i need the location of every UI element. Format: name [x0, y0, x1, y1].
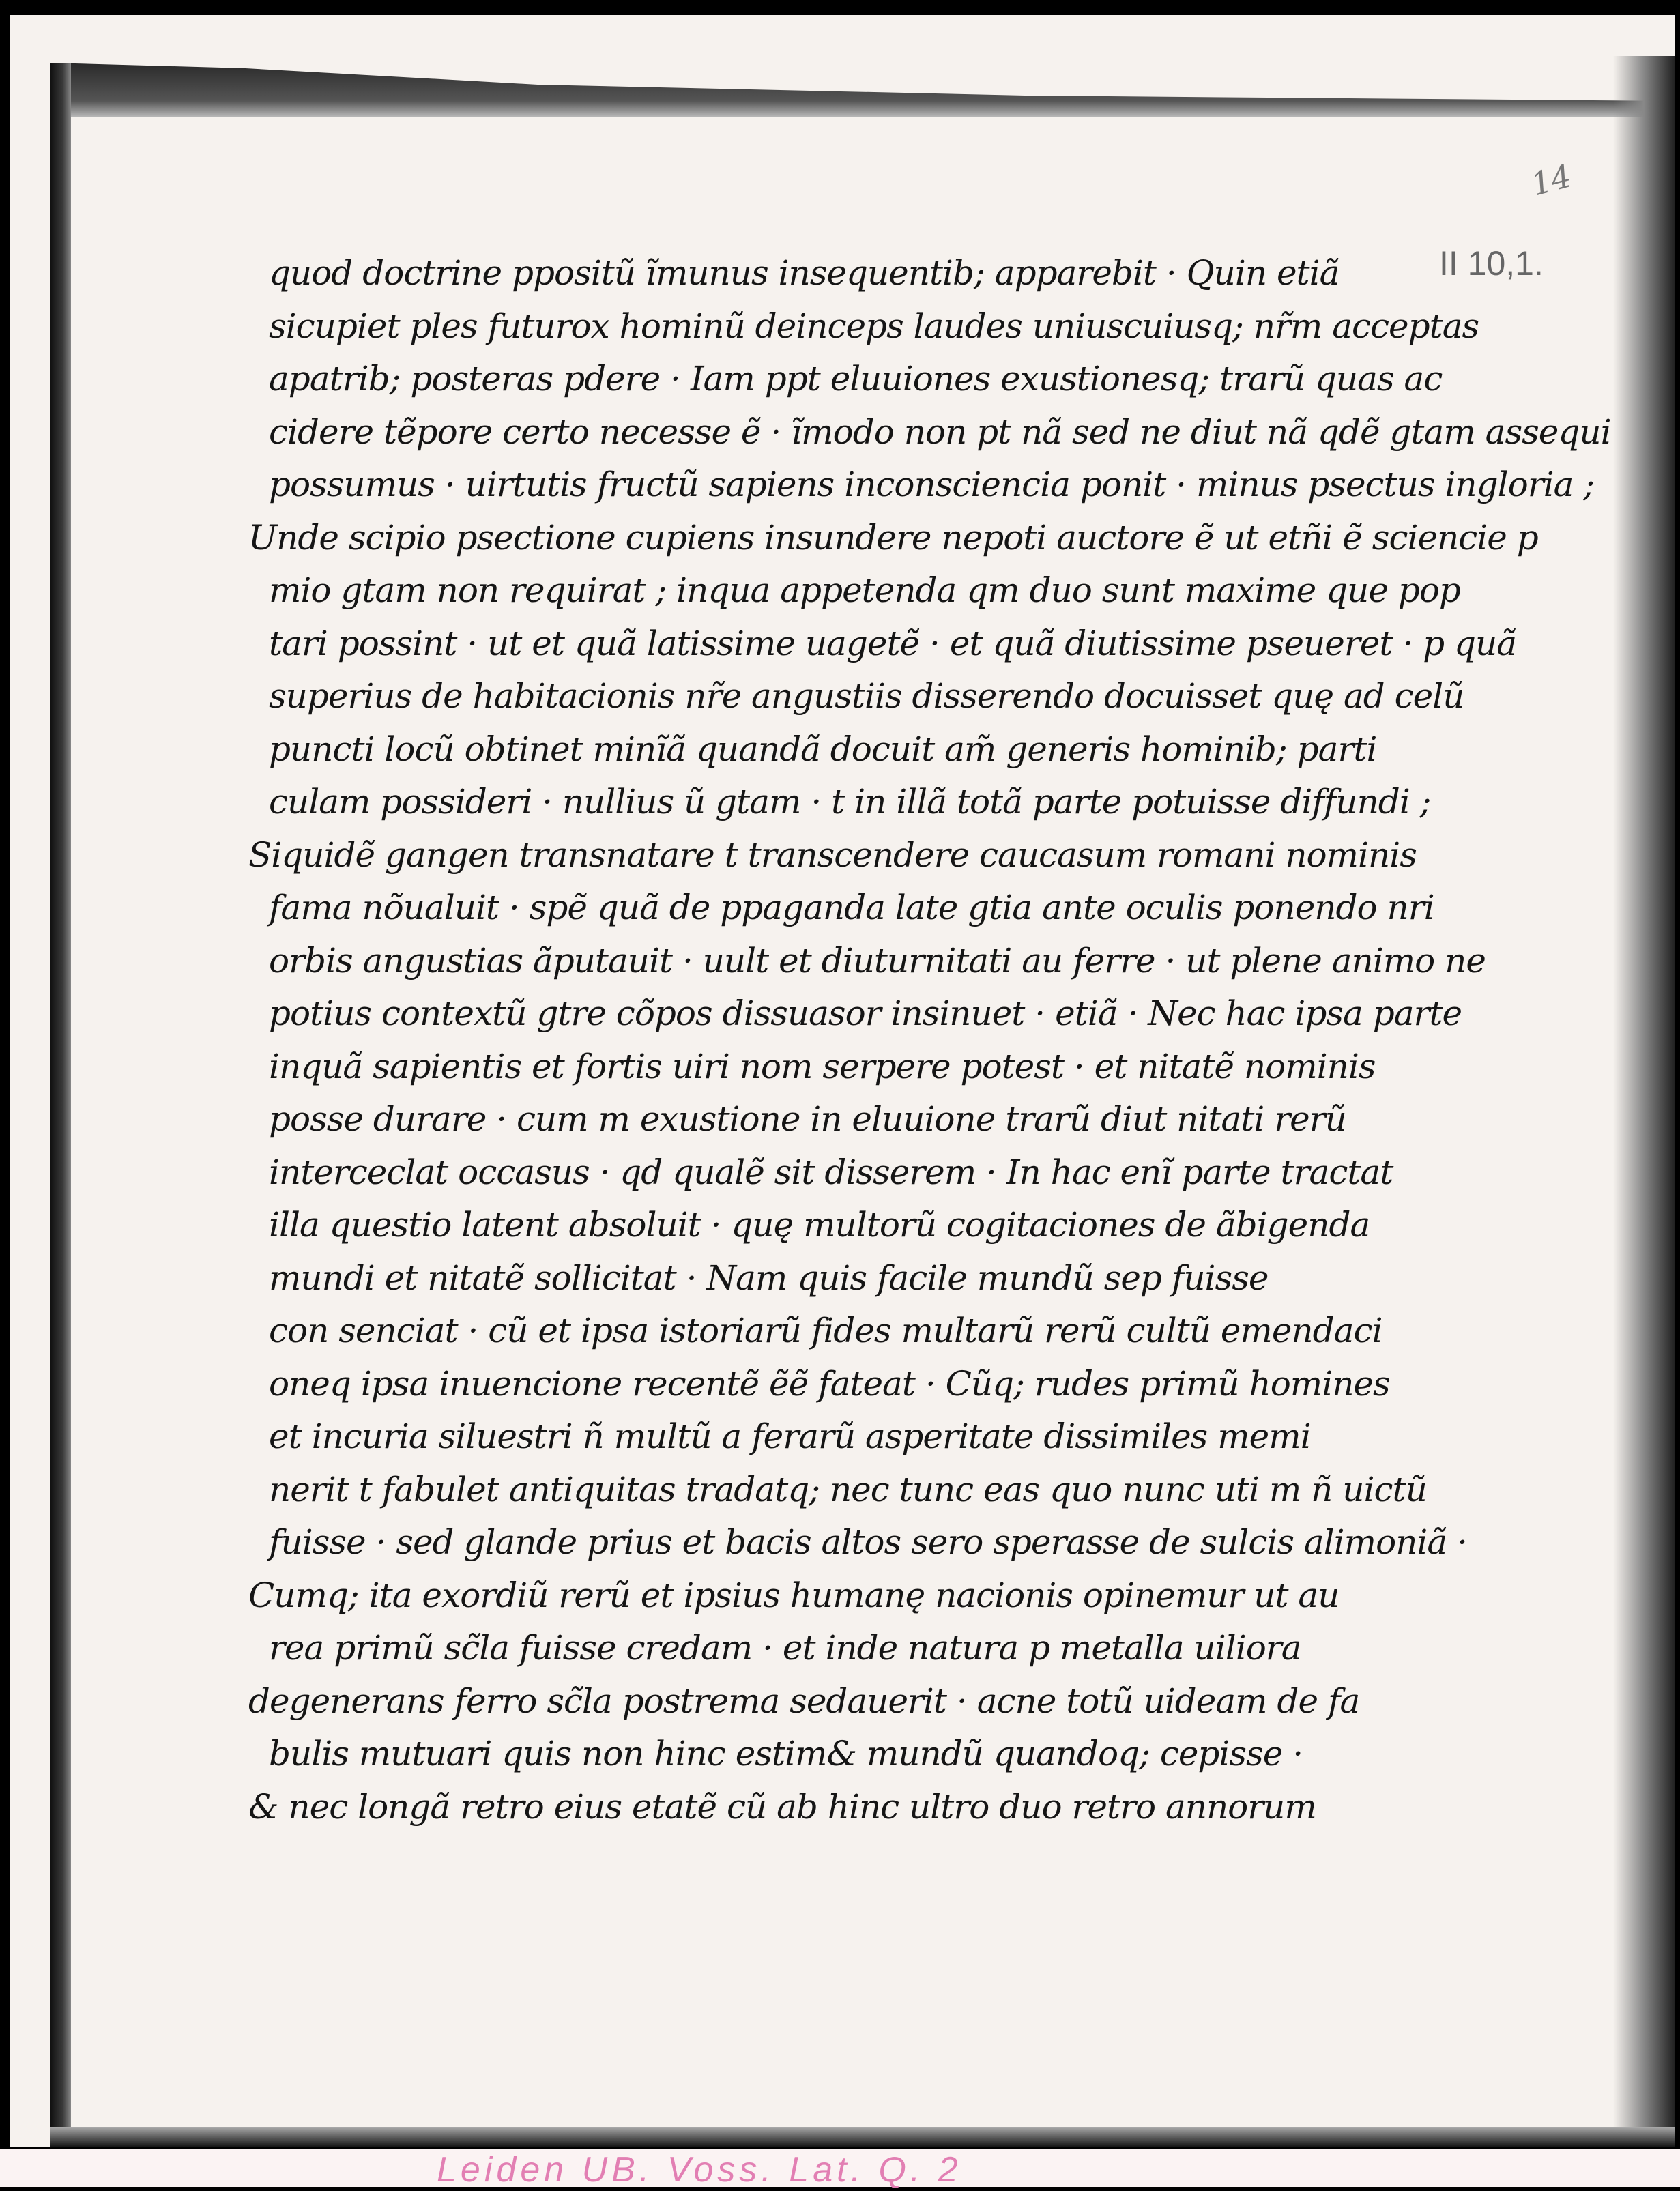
text-line: & nec longã retro eius etatẽ cũ ab hinc …: [248, 1781, 1443, 1834]
marginal-reference: II 10,1.: [1439, 244, 1544, 283]
text-line: illa questio latent absoluit · quę multo…: [269, 1199, 1443, 1252]
text-line: nerit t fabulet antiquitas tradatq; nec …: [269, 1464, 1443, 1517]
page-top-edge: [50, 63, 1675, 117]
text-line: fama nõualuit · spẽ quã de ppaganda late…: [269, 882, 1443, 935]
folio-number: 14: [1527, 157, 1576, 203]
text-line: tari possint · ut et quã latissime uaget…: [269, 618, 1443, 671]
text-line: interceclat occasus · qd qualẽ sit disse…: [269, 1146, 1443, 1200]
text-line: quod doctrine ppositũ ĩmunus insequentib…: [269, 247, 1443, 300]
text-line: apatrib; posteras pdere · Iam ppt eluuio…: [269, 353, 1443, 406]
page-right-edge: [1613, 56, 1675, 2147]
manuscript-photo: 14 II 10,1. quod doctrine ppositũ ĩmunus…: [10, 15, 1675, 2147]
text-line: inquã sapientis et fortis uiri nom serpe…: [269, 1041, 1443, 1094]
text-line: fuisse · sed glande prius et bacis altos…: [269, 1516, 1443, 1569]
manuscript-text: quod doctrine ppositũ ĩmunus insequentib…: [269, 247, 1443, 1833]
page-bottom-edge: [50, 2127, 1675, 2147]
text-line: mundi et nitatẽ sollicitat · Nam quis fa…: [269, 1252, 1443, 1305]
text-line: oneq ipsa inuencione recentẽ ẽẽ fateat ·…: [269, 1358, 1443, 1411]
binding-edge: [50, 63, 71, 2147]
text-line: Unde scipio psectione cupiens insundere …: [248, 512, 1443, 565]
text-line: bulis mutuari quis non hinc estim& mundũ…: [269, 1728, 1443, 1781]
text-line: mio gtam non requirat ; inqua appetenda …: [269, 564, 1443, 618]
text-line: et incuria siluestri ñ multũ a ferarũ as…: [269, 1410, 1443, 1464]
shelfmark-label: Leiden UB. Voss. Lat. Q. 2: [0, 2149, 1680, 2187]
text-line: Siquidẽ gangen transnatare t transcender…: [248, 829, 1443, 882]
text-line: puncti locũ obtinet minĩã quandã docuit …: [269, 723, 1443, 777]
text-line: possumus · uirtutis fructũ sapiens incon…: [269, 459, 1443, 512]
text-line: con senciat · cũ et ipsa istoriarũ fides…: [269, 1305, 1443, 1358]
text-line: Cumq; ita exordiũ rerũ et ipsius humanę …: [248, 1569, 1443, 1623]
text-line: orbis angustias ãputauit · uult et diutu…: [269, 935, 1443, 988]
text-line: rea primũ sc̃la fuisse credam · et inde …: [269, 1622, 1443, 1675]
shelfmark-text: Leiden UB. Voss. Lat. Q. 2: [437, 2149, 962, 2190]
text-line: degenerans ferro sc̃la postrema sedaueri…: [248, 1675, 1443, 1728]
text-line: cidere tẽpore certo necesse ẽ · ĩmodo no…: [269, 406, 1443, 459]
text-line: potius contextũ gtre cõpos dissuasor ins…: [269, 987, 1443, 1041]
text-line: posse durare · cum m exustione in eluuio…: [269, 1093, 1443, 1146]
text-line: superius de habitacionis nr̃e angustiis …: [269, 670, 1443, 723]
text-line: sicupiet ples futurox hominũ deinceps la…: [269, 300, 1443, 353]
text-line: culam possideri · nullius ũ gtam · t in …: [269, 776, 1443, 829]
